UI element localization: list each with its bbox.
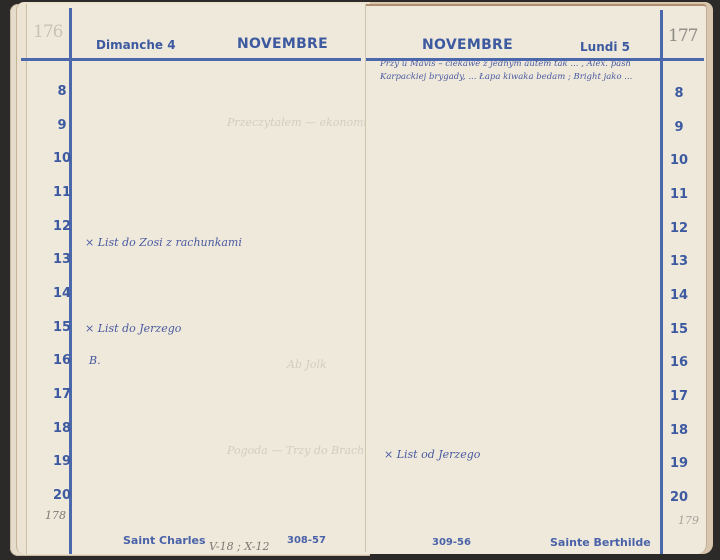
left-pencil-note: V-18 ; X-12 <box>209 540 270 553</box>
hour-label: 11 <box>47 185 77 200</box>
hour-label: 16 <box>664 355 694 370</box>
hour-label: 13 <box>47 252 77 267</box>
right-saint-name: Sainte Berthilde <box>550 536 651 549</box>
hour-label: 17 <box>664 389 694 404</box>
right-page-number: 179 <box>678 514 699 527</box>
left-page: 176 Dimanche 4 NOVEMBRE 8 9 10 11 12 13 … <box>26 4 373 554</box>
hour-label: 19 <box>664 456 694 471</box>
bleed-through-text: Przeczytałem — ekonomia <box>227 116 374 129</box>
left-saint-name: Saint Charles <box>123 534 206 547</box>
hour-label: 11 <box>664 187 694 202</box>
hour-label: 15 <box>47 320 77 335</box>
hour-label: 18 <box>47 421 77 436</box>
left-day-count: 308-57 <box>287 535 326 546</box>
hour-label: 16 <box>47 353 77 368</box>
left-day-label: Dimanche 4 <box>96 38 176 52</box>
right-corner-page-number: 177 <box>668 26 697 46</box>
hour-label: 14 <box>47 286 77 301</box>
bleed-through-text: Pogoda — Trzy do Brach <box>227 444 364 457</box>
right-hour-divider <box>660 10 663 554</box>
right-top-note: Przy u Mavis – ciekawe z jednym autem ta… <box>380 58 650 84</box>
left-corner-ghost-number: 176 <box>33 22 62 42</box>
hour-label: 9 <box>47 118 77 133</box>
entry-15h: × List do Jerzego <box>85 322 181 335</box>
hour-label: 17 <box>47 387 77 402</box>
hour-label: 20 <box>664 490 694 505</box>
open-diary: 176 Dimanche 4 NOVEMBRE 8 9 10 11 12 13 … <box>10 0 715 558</box>
hour-label: 10 <box>47 151 77 166</box>
hour-label: 12 <box>47 219 77 234</box>
hour-label: 8 <box>47 84 77 99</box>
right-page: NOVEMBRE Lundi 5 177 Przy u Mavis – ciek… <box>366 4 707 554</box>
entry-12h: × List do Zosi z rachunkami <box>85 236 242 249</box>
left-header-rule <box>21 58 361 61</box>
hour-label: 13 <box>664 254 694 269</box>
left-month-title: NOVEMBRE <box>237 36 328 52</box>
hour-label: 19 <box>47 454 77 469</box>
right-day-label: Lundi 5 <box>580 40 630 54</box>
entry-16h: B. <box>89 354 101 367</box>
hour-label: 14 <box>664 288 694 303</box>
hour-label: 12 <box>664 221 694 236</box>
bleed-through-text: Ab Jolk <box>287 358 327 371</box>
hour-label: 18 <box>664 423 694 438</box>
entry-19h: × List od Jerzego <box>384 448 480 461</box>
left-page-number: 178 <box>45 509 66 522</box>
hour-label: 20 <box>47 488 77 503</box>
hour-label: 10 <box>664 153 694 168</box>
right-day-count: 309-56 <box>432 537 471 548</box>
hour-label: 15 <box>664 322 694 337</box>
hour-label: 8 <box>664 86 694 101</box>
hour-label: 9 <box>664 120 694 135</box>
right-month-title: NOVEMBRE <box>422 37 513 53</box>
